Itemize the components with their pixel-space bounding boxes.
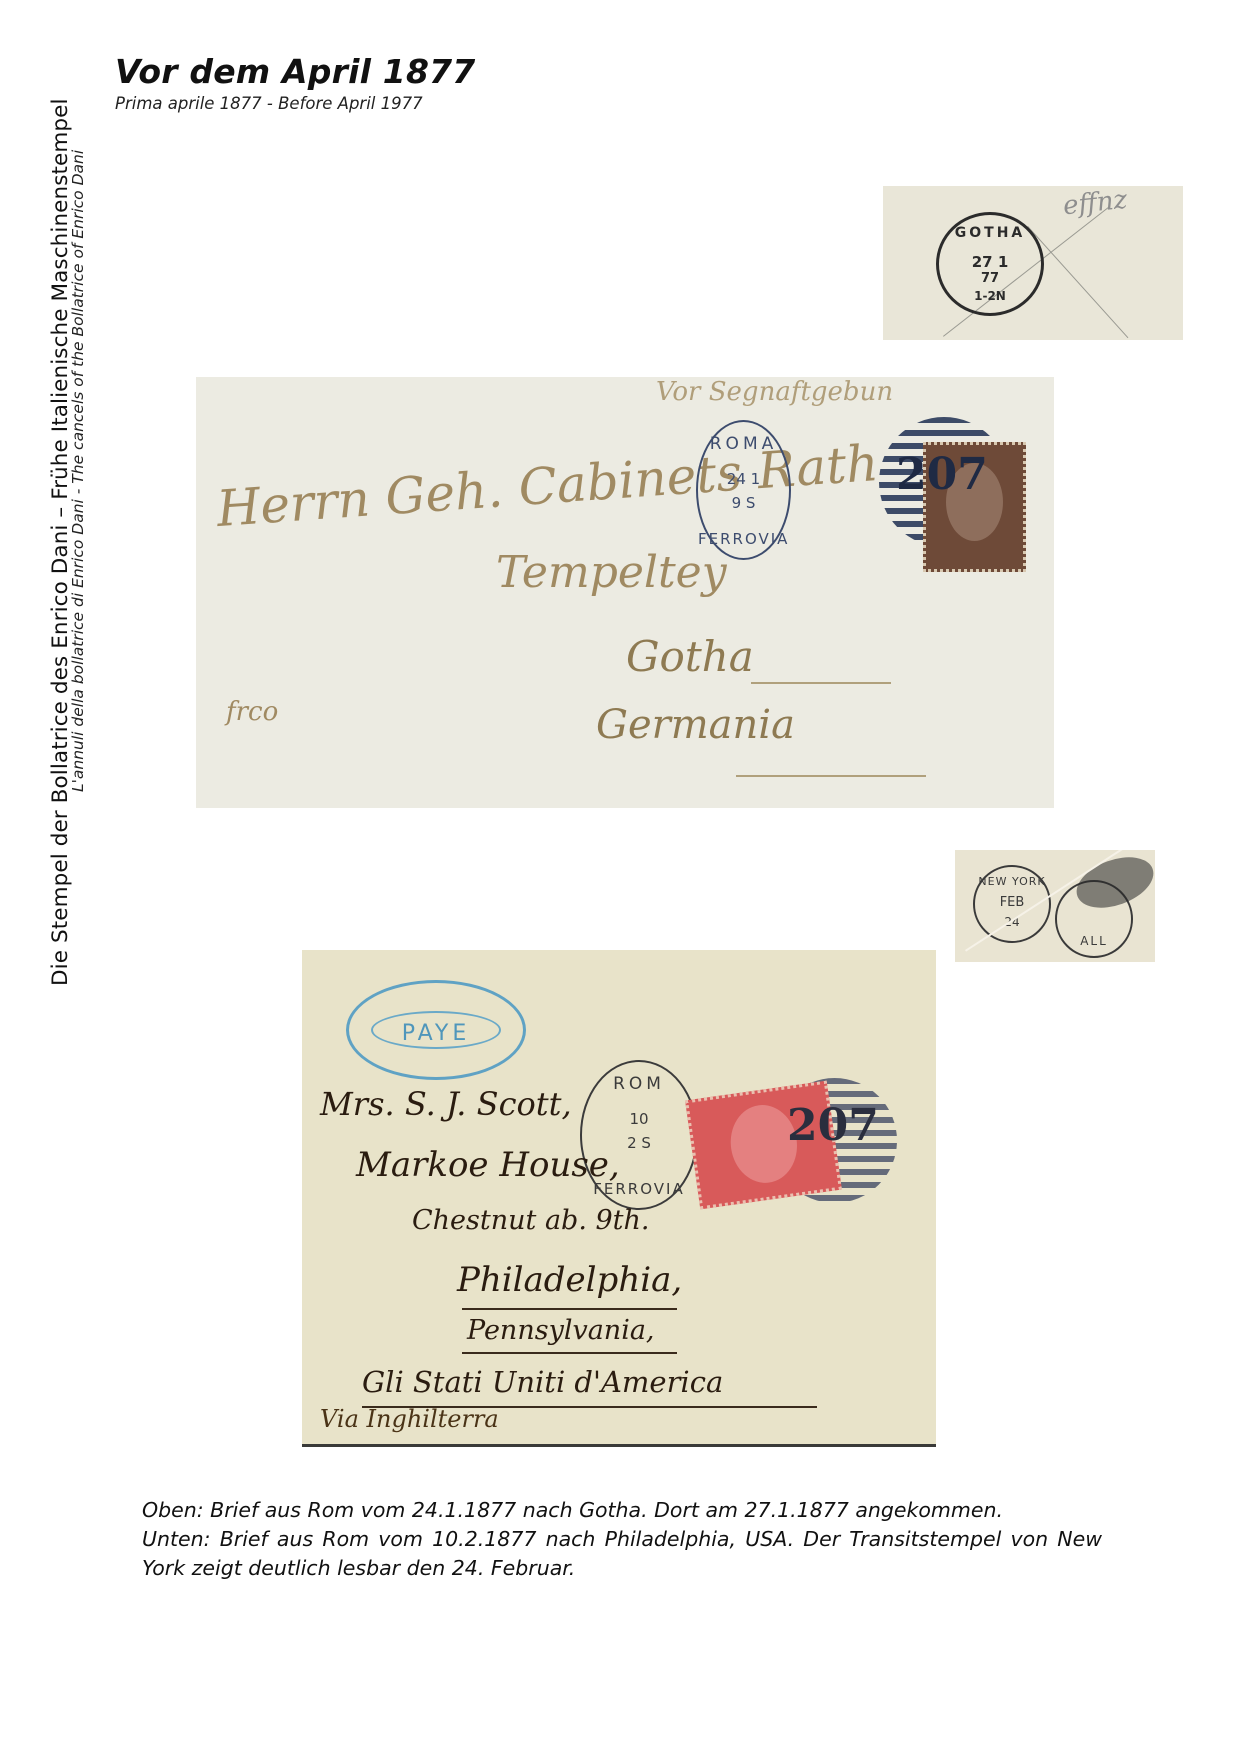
paye-stamp: PAYE (346, 980, 526, 1080)
page-heading: Vor dem April 1877 Prima aprile 1877 - B… (115, 54, 475, 113)
caption-line-top: Oben: Brief aus Rom vom 24.1.1877 nach G… (142, 1496, 1102, 1525)
routing-note: Via Inghilterra (320, 1405, 499, 1433)
roma-ferrovia-postmark: ROMA 24 1 9 S FERROVIA (696, 420, 791, 560)
address-line: Mrs. S. J. Scott, (320, 1085, 572, 1123)
new-york-transit-image: NEW YORK FEB 24 ALL (955, 850, 1155, 962)
franco-note: frco (226, 697, 278, 727)
gotha-backstamp-image: effnz GOTHA 27 1 77 1-2N (883, 186, 1183, 340)
underline (751, 682, 891, 684)
address-line: Chestnut ab. 9th. (412, 1205, 650, 1236)
rom-ferrovia-postmark: ROM 10 2 S FERROVIA (580, 1060, 698, 1210)
page-subtitle: Prima aprile 1877 - Before April 1977 (115, 94, 475, 113)
numeral-207: 207 (787, 1100, 879, 1151)
side-titles: Die Stempel der Bollatrice des Enrico Da… (0, 0, 100, 1000)
numeral-207: 207 (896, 449, 988, 500)
page-title: Vor dem April 1877 (115, 54, 475, 90)
address-line: Gli Stati Uniti d'America (362, 1365, 723, 1399)
caption: Oben: Brief aus Rom vom 24.1.1877 nach G… (142, 1496, 1102, 1583)
address-line: Pennsylvania, (467, 1315, 655, 1346)
gotha-postmark: GOTHA 27 1 77 1-2N (936, 212, 1044, 316)
caption-line-bottom: Unten: Brief aus Rom vom 10.2.1877 nach … (142, 1525, 1102, 1583)
underline (736, 775, 926, 777)
address-line: Germania (596, 702, 795, 748)
address-line: Gotha (626, 632, 754, 681)
cover-rome-philadelphia-image: PAYE ROM 10 2 S FERROVIA 207 Mrs. S. J. … (302, 950, 936, 1447)
handwritten-note: Vor Segnaftgebun (656, 377, 893, 407)
fold-line (1027, 226, 1128, 338)
pencil-note: effnz (1062, 186, 1129, 221)
address-line: Philadelphia, (457, 1260, 682, 1300)
address-line: Tempeltey (496, 547, 727, 598)
address-line: Markoe House, (356, 1145, 620, 1185)
underline (462, 1308, 677, 1310)
underline (462, 1352, 677, 1354)
series-subtitle-vertical: L'annuli della bollatrice di Enrico Dani… (69, 150, 87, 792)
cover-rome-gotha-image: Vor Segnaftgebun Herrn Geh. Cabinets Rat… (196, 377, 1054, 808)
